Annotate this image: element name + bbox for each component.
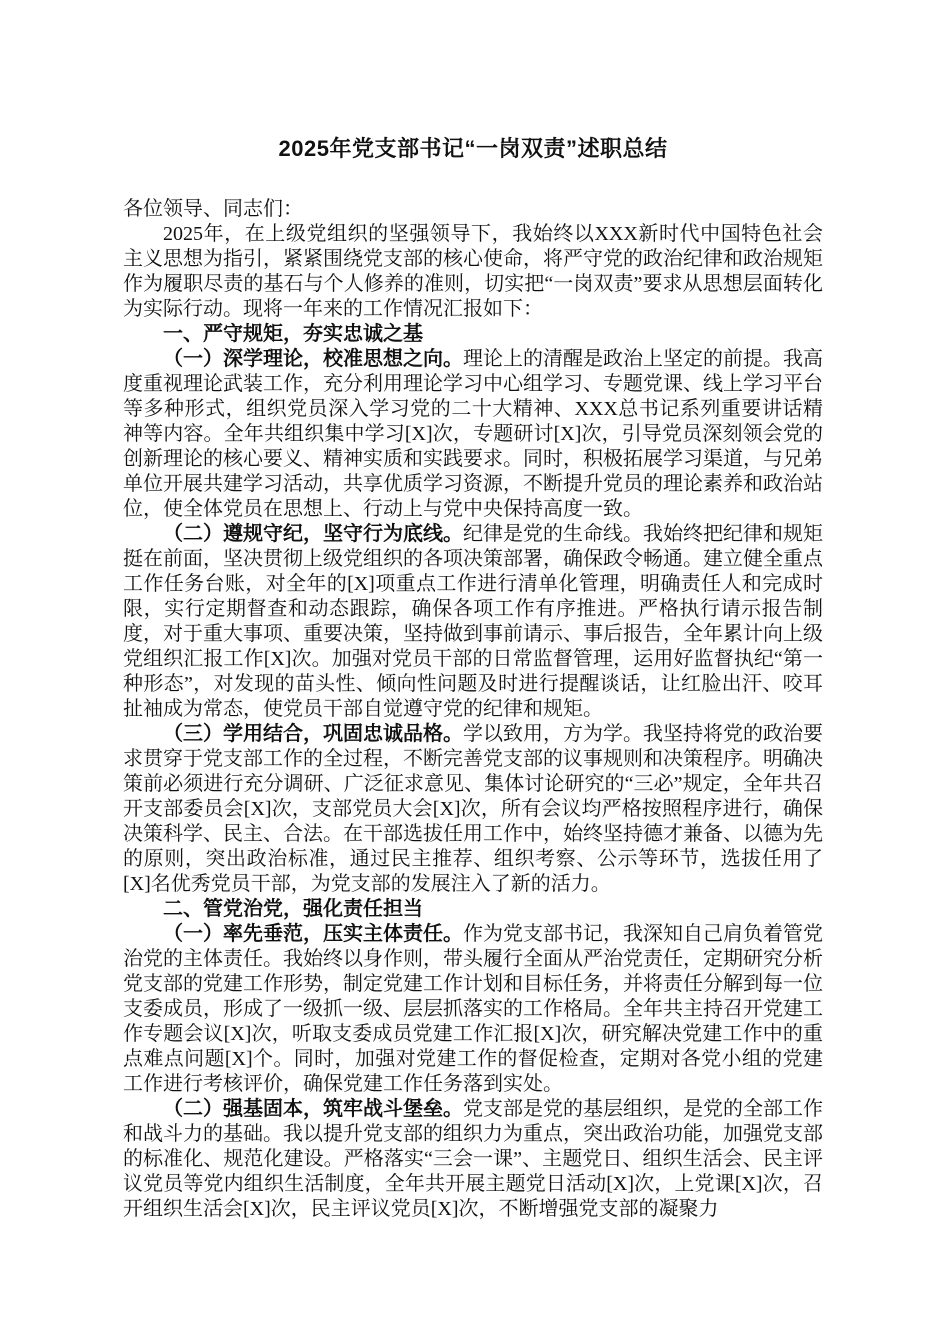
paragraph-lead: （二）强基固本，筑牢战斗堡垒。 <box>163 1098 463 1120</box>
section-2-heading: 二、管党治党，强化责任担当 <box>123 897 823 922</box>
section-1-paragraph-3: （三）学用结合，巩固忠诚品格。学以致用，方为学。我坚持将党的政治要求贯穿于党支部… <box>123 722 823 897</box>
paragraph-lead: （二）遵规守纪，坚守行为底线。 <box>163 523 463 545</box>
section-1-paragraph-2: （二）遵规守纪，坚守行为底线。纪律是党的生命线。我始终把纪律和规矩挺在前面，坚决… <box>123 522 823 722</box>
paragraph-text: 理论上的清醒是政治上坚定的前提。我高度重视理论武装工作，充分利用理论学习中心组学… <box>123 348 823 520</box>
intro-paragraph: 2025年，在上级党组织的坚强领导下，我始终以XXX新时代中国特色社会主义思想为… <box>123 222 823 322</box>
paragraph-text: 学以致用，方为学。我坚持将党的政治要求贯穿于党支部工作的全过程，不断完善党支部的… <box>123 723 823 895</box>
document-page: 2025年党支部书记“一岗双责”述职总结 各位领导、同志们： 2025年，在上级… <box>0 0 950 1344</box>
paragraph-lead: （一）率先垂范，压实主体责任。 <box>163 923 463 945</box>
salutation: 各位领导、同志们： <box>123 197 823 222</box>
paragraph-text: 纪律是党的生命线。我始终把纪律和规矩挺在前面，坚决贯彻上级党组织的各项决策部署，… <box>123 523 823 720</box>
paragraph-lead: （三）学用结合，巩固忠诚品格。 <box>163 723 463 745</box>
paragraph-text: 作为党支部书记，我深知自己肩负着管党治党的主体责任。我始终以身作则，带头履行全面… <box>123 923 823 1095</box>
section-2-paragraph-1: （一）率先垂范，压实主体责任。作为党支部书记，我深知自己肩负着管党治党的主体责任… <box>123 922 823 1097</box>
section-2-paragraph-2: （二）强基固本，筑牢战斗堡垒。党支部是党的基层组织，是党的全部工作和战斗力的基础… <box>123 1097 823 1222</box>
section-1-heading: 一、严守规矩，夯实忠诚之基 <box>123 322 823 347</box>
section-1-paragraph-1: （一）深学理论，校准思想之向。理论上的清醒是政治上坚定的前提。我高度重视理论武装… <box>123 347 823 522</box>
document-body: 各位领导、同志们： 2025年，在上级党组织的坚强领导下，我始终以XXX新时代中… <box>123 197 823 1222</box>
paragraph-lead: （一）深学理论，校准思想之向。 <box>163 348 463 370</box>
document-title: 2025年党支部书记“一岗双责”述职总结 <box>123 132 823 163</box>
